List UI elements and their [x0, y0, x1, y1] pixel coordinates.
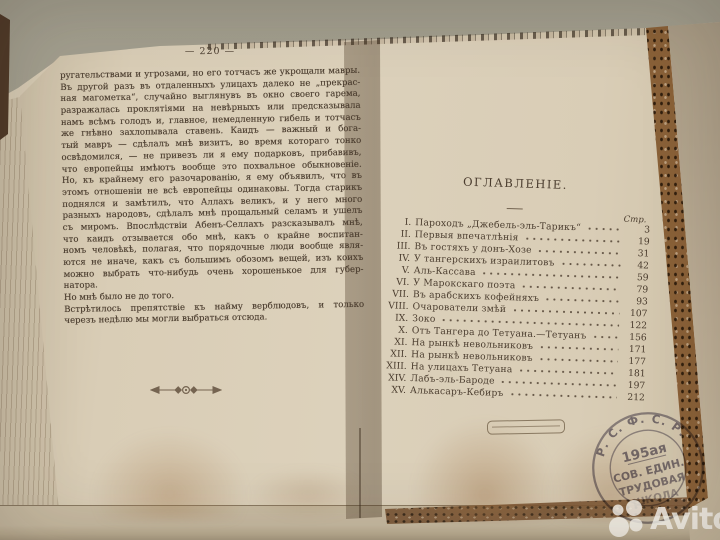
toc-chapter-numeral: XV. [373, 384, 410, 396]
heading-rule [507, 208, 523, 210]
toc-chapter-title: Зоко [412, 313, 436, 325]
water-stain [90, 428, 250, 520]
toc-page-number: 171 [621, 344, 646, 356]
toc-chapter-numeral: XIII. [374, 360, 411, 372]
toc-page-number: 156 [622, 332, 647, 344]
book-photo: — 220 — ругательствами и угрозами, но ег… [0, 0, 720, 540]
water-stain [248, 468, 368, 520]
toc-page-number: 107 [622, 308, 647, 320]
toc-entries: I.Пароходъ „Джебель-эль-Тарикъ“3II.Первы… [373, 216, 651, 404]
table-of-contents: ОГЛАВЛЕНІЕ. Стр. I.Пароходъ „Джебель-эль… [373, 166, 652, 404]
avito-watermark: Avito [608, 500, 720, 538]
toc-chapter-title: Алькасаръ-Кебиръ [410, 385, 504, 399]
toc-page-number: 3 [625, 224, 650, 236]
toc-page-number: 42 [624, 260, 649, 272]
toc-chapter-numeral: II. [378, 228, 415, 240]
cartouche-ornament [487, 419, 565, 434]
toc-page-number: 181 [620, 368, 645, 380]
toc-page-number: 122 [622, 320, 647, 332]
ornament-vignette-icon [150, 383, 222, 397]
dot-leader [586, 223, 622, 232]
dot-leader [538, 353, 618, 364]
dot-leader [560, 258, 622, 268]
toc-chapter-numeral: X. [375, 324, 412, 336]
toc-page-number: 212 [620, 392, 645, 404]
dot-leader [538, 341, 618, 352]
dot-leader [520, 280, 620, 291]
toc-chapter-numeral: XIV. [373, 372, 410, 384]
toc-chapter-numeral: I. [378, 216, 415, 228]
toc-chapter-numeral: IX. [375, 312, 412, 324]
toc-chapter-numeral: III. [377, 240, 414, 252]
toc-page-number: 79 [623, 284, 648, 296]
dot-leader [523, 233, 621, 244]
toc-chapter-title: Аль-Кассава [414, 265, 476, 278]
left-page-text: ругательствами и угрозами, но его тотчас… [60, 66, 364, 328]
avito-watermark-label: Avito [650, 502, 720, 537]
toc-chapter-numeral: IV. [377, 252, 414, 264]
dot-leader [537, 245, 622, 256]
dot-leader [591, 331, 619, 340]
toc-page-number: 197 [620, 380, 645, 392]
toc-page-number: 59 [623, 272, 648, 284]
avito-logo-icon [608, 500, 646, 538]
toc-page-number: 31 [624, 248, 649, 260]
toc-chapter-numeral: XI. [374, 336, 411, 348]
toc-page-number: 177 [621, 356, 646, 368]
toc-chapter-numeral: VII. [376, 288, 413, 300]
toc-chapter-numeral: VI. [376, 276, 413, 288]
toc-page-number: 19 [625, 236, 650, 248]
toc-page-number: 93 [623, 296, 648, 308]
toc-chapter-numeral: XII. [374, 348, 411, 360]
dot-leader [544, 293, 620, 303]
toc-chapter-numeral: V. [377, 264, 414, 276]
toc-chapter-numeral: VIII. [375, 300, 412, 312]
